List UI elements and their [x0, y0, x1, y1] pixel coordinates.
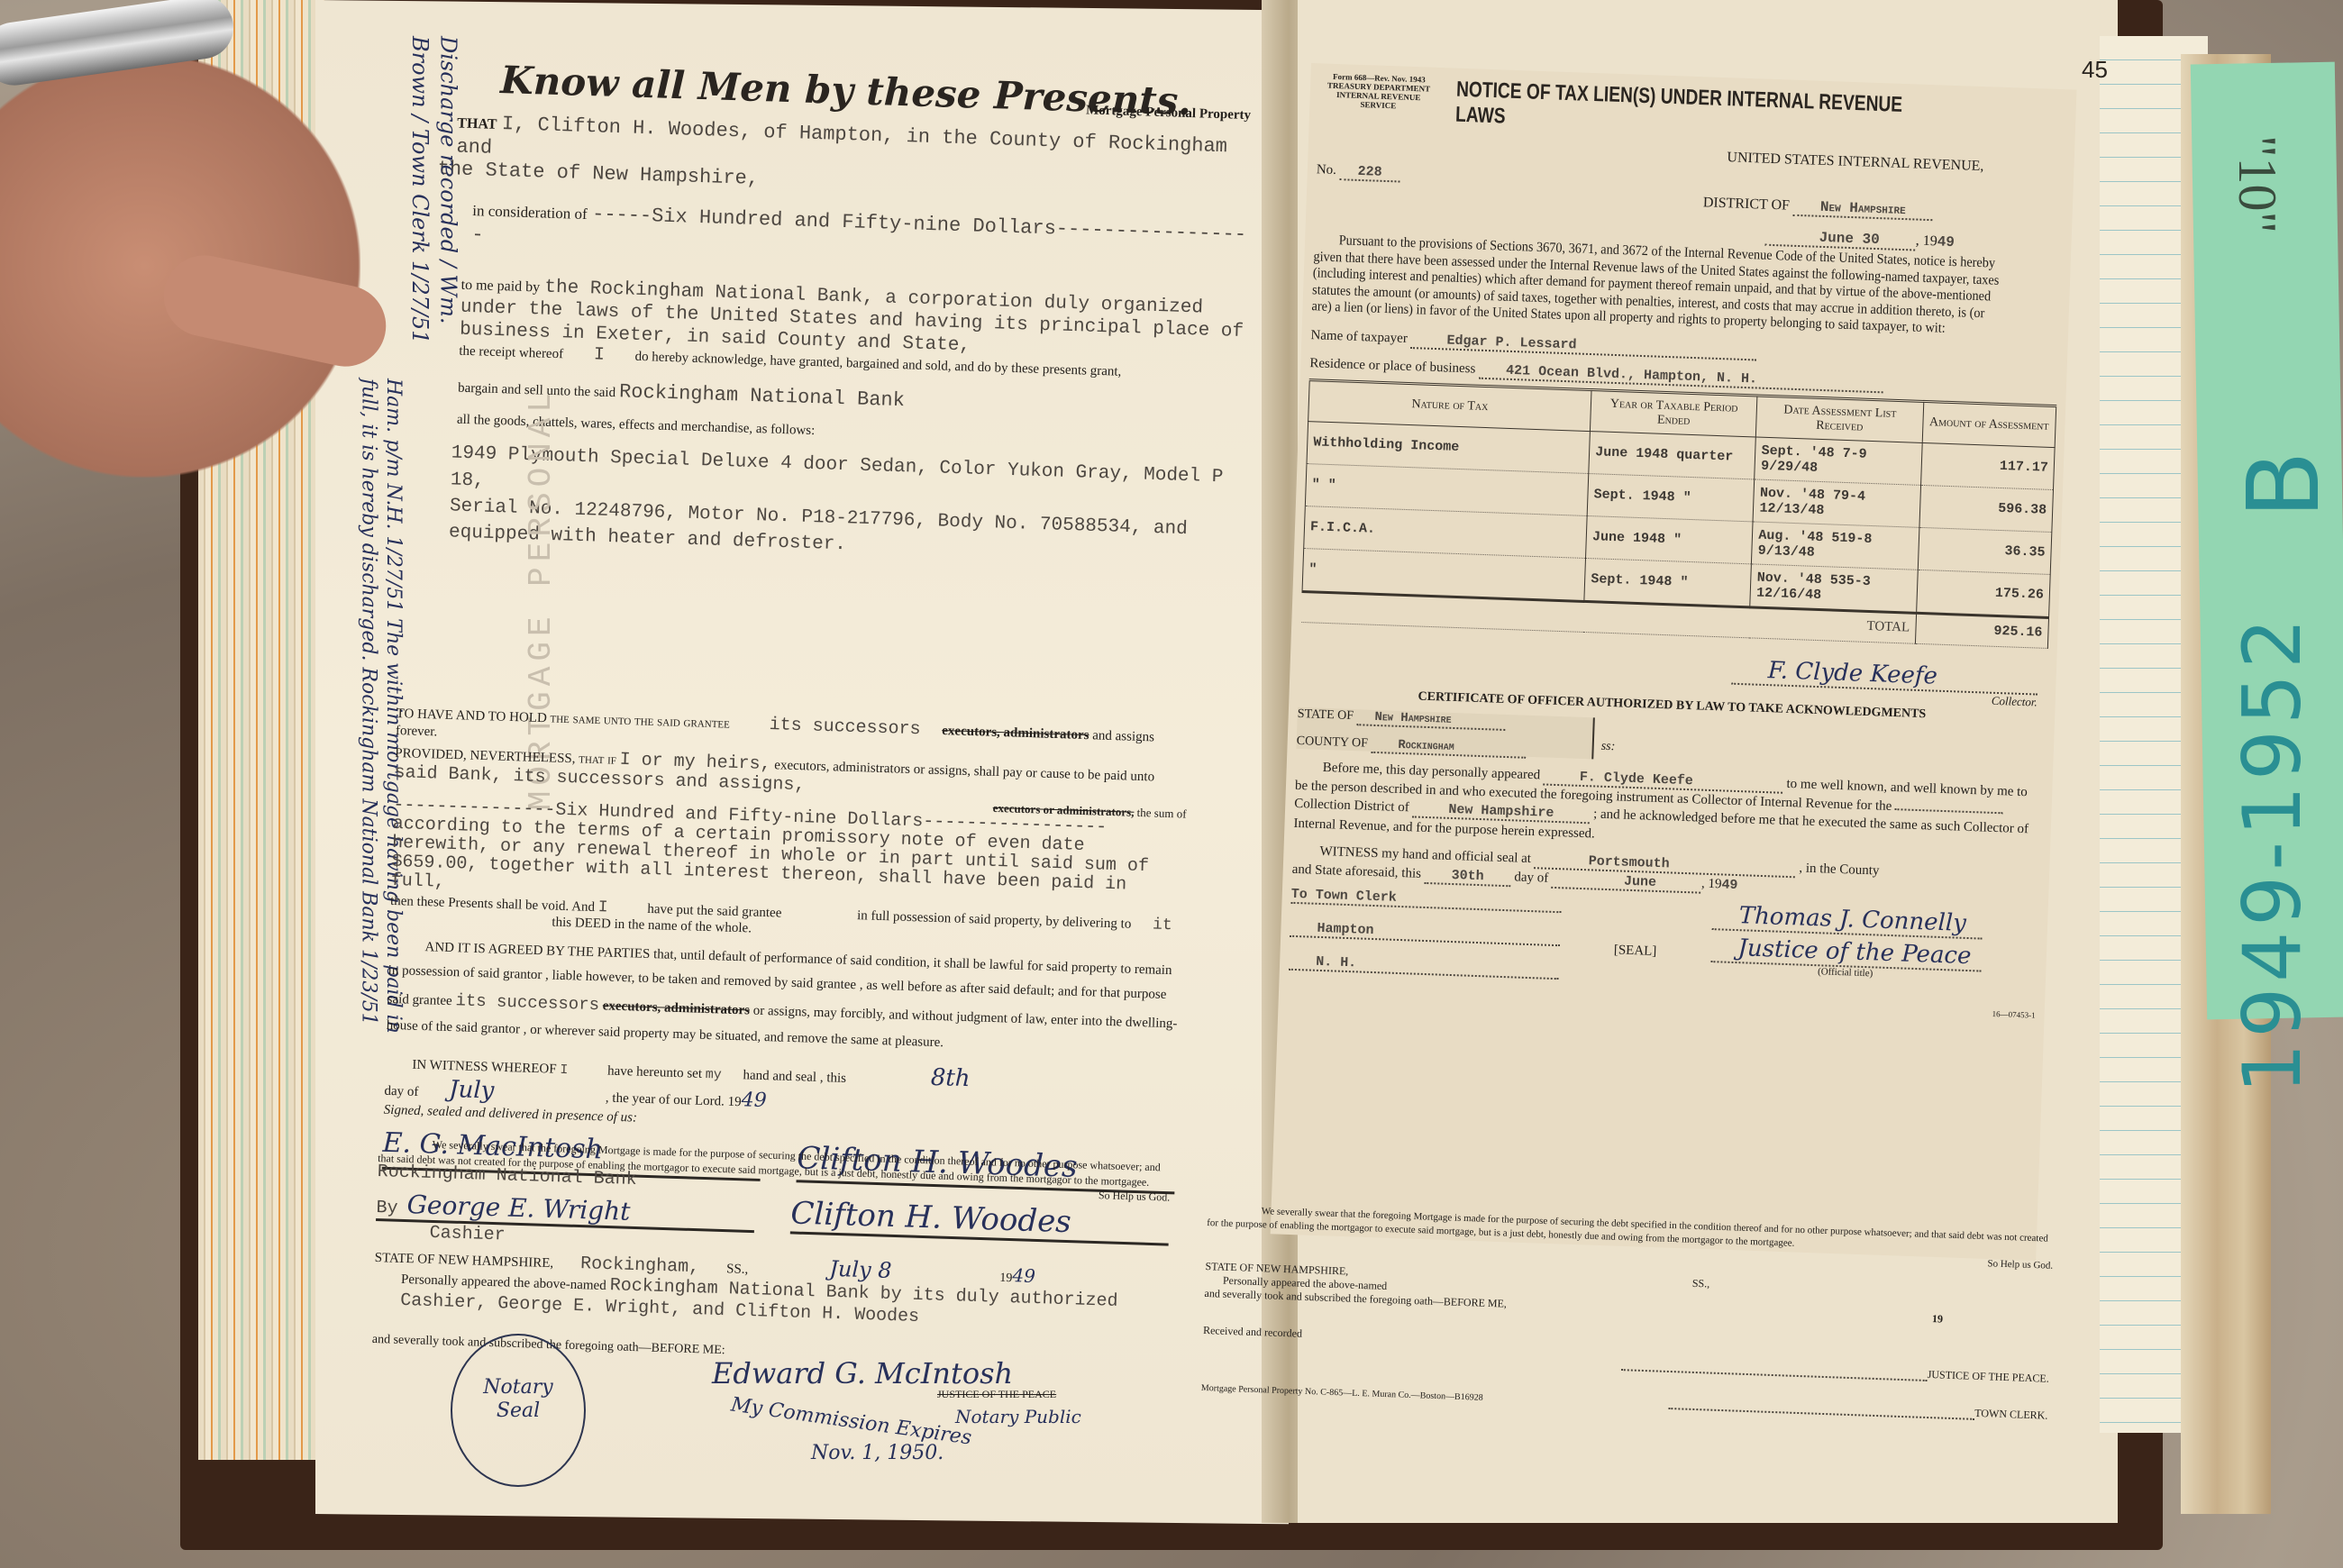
- cert-state: STATE OF New Hampshire: [1297, 707, 1592, 732]
- cell-period: June 1948 quarter: [1589, 432, 1756, 479]
- cert-county: COUNTY OF Rockingham: [1296, 734, 1591, 759]
- witness-text: have hereunto set: [607, 1064, 702, 1081]
- agreed-value: its successors: [455, 990, 599, 1015]
- that-label: THAT: [457, 115, 497, 132]
- notary-title: Notary Public: [955, 1406, 1081, 1427]
- justice-title: JUSTICE OF THE PEACE: [937, 1388, 1056, 1401]
- blank-line: [1895, 808, 2003, 814]
- cert-county-value: Rockingham: [1371, 737, 1527, 759]
- notary-seal: Notary Seal: [451, 1334, 586, 1487]
- agency: UNITED STATES INTERNAL REVENUE,: [1726, 150, 1984, 201]
- witness-dayof: day of: [384, 1084, 418, 1099]
- left-document: Mortgage Personal Property Know all Men …: [372, 45, 1253, 571]
- to-label: To Town Clerk: [1290, 887, 1561, 913]
- cell-date: Nov. '48 79-4 12/13/48: [1753, 479, 1920, 527]
- consideration-value: -----Six Hundred and Fifty-nine Dollars-…: [471, 203, 1246, 246]
- cert-footer: To Town Clerk Hampton N. H. [SEAL] Thoma…: [1289, 887, 2039, 997]
- left-oath: We severally swear that the foregoing Mo…: [372, 1135, 1171, 1372]
- taxpayer-value: Edgar P. Lessard: [1410, 332, 1756, 360]
- oath-date: July 8: [829, 1255, 892, 1282]
- no-label: No.: [1317, 162, 1337, 178]
- in-county: , in the County: [1799, 861, 1880, 878]
- cell-date: Nov. '48 535-3 12/16/48: [1750, 564, 1918, 613]
- year-value: 49: [1937, 233, 1955, 251]
- cell-period: June 1948 ": [1586, 515, 1754, 563]
- cell-amount: 117.17: [1920, 442, 2055, 489]
- cert-day: 30th: [1424, 867, 1511, 887]
- void-text2: have put the said grantee: [647, 902, 782, 921]
- witness-month: July: [449, 1076, 495, 1105]
- margin-note-discharge: Discharge recorded / Wm. Brown / Town Cl…: [406, 36, 461, 378]
- by-label: By: [376, 1198, 398, 1219]
- cert-state-value: New Hampshire: [1356, 709, 1506, 731]
- residence-label: Residence or place of business: [1309, 356, 1476, 376]
- tax-table: Nature of Tax Year or Taxable Period End…: [1300, 378, 2056, 649]
- oath-year-prefix: 19: [999, 1271, 1012, 1284]
- right-justice-signature: Thomas J. Connelly: [1711, 901, 1983, 939]
- header-date: Date Assessment List Received: [1756, 396, 1924, 442]
- agreed-clause: AND IT IS AGREED BY THE PARTIES that, un…: [386, 934, 1181, 1063]
- cert-year: 49: [1721, 877, 1738, 893]
- day-of: day of: [1514, 870, 1548, 885]
- no-field: No. 228: [1317, 162, 1400, 180]
- receipt-label: the receipt whereof: [459, 344, 563, 362]
- recipient-block: To Town Clerk Hampton N. H.: [1289, 887, 1562, 980]
- cell-amount: 596.38: [1919, 485, 2054, 532]
- form-service: INTERNAL REVENUE SERVICE: [1318, 90, 1438, 112]
- seal-label: [SEAL]: [1613, 943, 1657, 983]
- no-value: 228: [1339, 163, 1400, 182]
- witness-my: my: [705, 1067, 722, 1083]
- cell-amount: 175.26: [1916, 570, 2050, 617]
- header-amount: Amount of Assessment: [1922, 401, 2056, 447]
- agreed-struck: executors, administrators: [602, 998, 750, 1017]
- tab-number: "10": [2226, 135, 2288, 233]
- receipt-who: I: [593, 345, 605, 366]
- cert-county-label: COUNTY OF: [1296, 734, 1368, 751]
- form-numbers: No. 228 UNITED STATES INTERNAL REVENUE,: [1317, 135, 2065, 204]
- habendum-struck: executors, administrators: [942, 724, 1089, 743]
- town-clerk-label: TOWN CLERK.: [1974, 1407, 2048, 1423]
- cert-year-prefix: , 19: [1701, 877, 1722, 892]
- consideration: in consideration of -----Six Hundred and…: [471, 197, 1247, 270]
- total-value: 925.16: [1915, 613, 2048, 648]
- district-value: New Hampshire: [1793, 198, 1933, 221]
- collection-district: Collection District of: [1294, 797, 1409, 815]
- header-period: Year or Taxable Period Ended: [1591, 390, 1758, 437]
- cell-date: Aug. '48 519-8 9/13/48: [1752, 522, 1919, 570]
- witness-who: I: [560, 1062, 569, 1078]
- justice-label: JUSTICE OF THE PEACE.: [1927, 1368, 2049, 1386]
- before-text: Before me, this day personally appeared: [1322, 761, 1540, 782]
- district-label: DISTRICT OF: [1703, 195, 1791, 213]
- void-it: it: [1153, 916, 1172, 934]
- witness-day: 8th: [930, 1064, 971, 1092]
- form-title: NOTICE OF TAX LIEN(S) UNDER INTERNAL REV…: [1455, 77, 1946, 145]
- cell-amount: 36.35: [1918, 527, 2052, 574]
- right-year: 19: [1932, 1312, 1944, 1326]
- notary-seal-text: Notary Seal: [452, 1376, 584, 1424]
- left-conditions: TO HAVE AND TO HOLD the same unto the sa…: [382, 703, 1190, 1195]
- oath-year: 49: [1012, 1264, 1035, 1287]
- witness-year: 49: [741, 1089, 767, 1112]
- venue-fields: STATE OF New Hampshire COUNTY OF Rocking…: [1296, 707, 1594, 759]
- right-ss: SS.,: [1692, 1277, 1710, 1291]
- justice-signature: Edward G. McIntosh: [712, 1356, 1013, 1390]
- justice-block: Thomas J. Connelly Justice of the Peace …: [1709, 901, 1983, 994]
- commission-date: Nov. 1, 1950.: [811, 1442, 944, 1464]
- cell-date: Sept. '48 7-9 9/29/48: [1755, 437, 1922, 485]
- witness-text: WITNESS my hand and official seal at: [1319, 844, 1531, 866]
- consideration-label: in consideration of: [472, 202, 588, 223]
- page-number: 45: [2082, 56, 2108, 84]
- cert-ss: ss:: [1600, 740, 1615, 761]
- taxpayer-label: Name of taxpayer: [1310, 328, 1408, 346]
- appeared-label: Personally appeared the above-named: [401, 1272, 606, 1292]
- state-abbr: N. H.: [1289, 953, 1559, 980]
- cashier-signature: George E. Wright: [406, 1190, 631, 1226]
- bargain-value: Rockingham National Bank: [619, 380, 905, 412]
- tab-letter: B: [2226, 451, 2341, 518]
- tax-lien-form: Form 668—Rev. Nov. 1943 TREASURY DEPARTM…: [1271, 63, 2077, 1261]
- proviso-sum-label: the sum of: [1136, 806, 1186, 821]
- cert-state-label: STATE OF: [1298, 707, 1354, 723]
- cell-period: Sept. 1948 ": [1587, 473, 1755, 521]
- paid-by-label: to me paid by: [460, 278, 540, 296]
- oath-year-wrap: 1949: [999, 1263, 1035, 1286]
- form-id-block: Form 668—Rev. Nov. 1943 TREASURY DEPARTM…: [1318, 72, 1438, 112]
- year-prefix: , 19: [1915, 233, 1937, 250]
- witness-year-label: , the year of our Lord. 19: [606, 1091, 742, 1110]
- habendum-value: its successors: [769, 715, 921, 740]
- cell-period: Sept. 1948 ": [1584, 558, 1752, 606]
- ss-label: SS.,: [726, 1262, 749, 1278]
- void-text: then these Presents shall be void. And: [390, 894, 595, 915]
- tab-years: 1949-1952: [2226, 613, 2319, 1094]
- witness-label: IN WITNESS WHEREOF: [412, 1058, 557, 1077]
- witness-hand: hand and seal , this: [743, 1068, 846, 1086]
- void-who: I: [597, 898, 607, 916]
- right-oath: We severally swear that the foregoing Mo…: [1201, 1203, 2055, 1422]
- town-value: Hampton: [1290, 920, 1560, 946]
